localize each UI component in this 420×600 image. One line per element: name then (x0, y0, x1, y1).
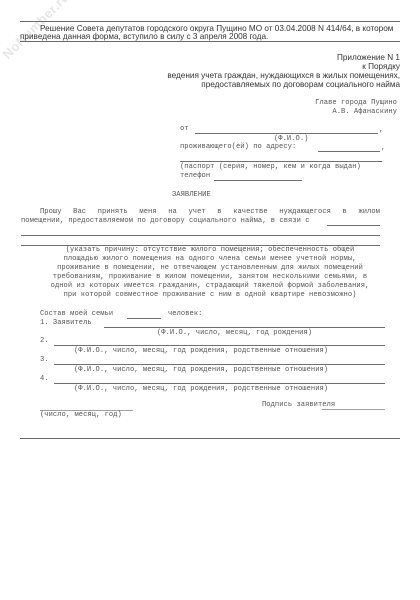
reason-hint-2: площадью жилого помещения на одного член… (0, 255, 420, 263)
word: нуждающегося (279, 208, 331, 216)
word: Прошу (40, 208, 62, 216)
notice-line-2: приведена данная форма, вступило в силу … (20, 32, 268, 41)
address-label: проживающего(ей) по адресу: (180, 143, 296, 151)
address-comma: , (381, 144, 385, 152)
appendix-line-4: предоставляемых по договорам социального… (201, 80, 400, 89)
word: Вас (73, 208, 86, 216)
from-field[interactable] (195, 133, 378, 134)
member-3-hint: (Ф.И.О., число, месяц, год рождения, род… (74, 366, 328, 374)
reason-field-inline[interactable] (327, 225, 380, 226)
reason-hint-6: при которой совместное проживание с ним … (0, 291, 420, 299)
member-1-hint: (Ф.И.О., число, месяц, год рождения) (157, 329, 312, 337)
address-field[interactable] (318, 151, 380, 152)
word: качестве (233, 208, 267, 216)
request-line-2: помещении, предоставляемом по договору с… (21, 217, 310, 225)
member-4-hint: (Ф.И.О., число, месяц, год рождения, род… (74, 385, 328, 393)
member-1-label: 1. Заявитель (40, 319, 92, 327)
bottom-rule (20, 438, 400, 439)
member-4-label: 4. (40, 375, 49, 383)
word: жилом (358, 208, 380, 216)
addressee-line-2: А.В. Афанаскину (332, 108, 397, 116)
family-label: Состав моей семьи (40, 310, 113, 318)
notice-top-rule (20, 21, 400, 22)
word: в (343, 208, 347, 216)
passport-hint: (паспорт (серия, номер, кем и когда выда… (180, 163, 361, 171)
appendix-line-2: к Порядку (362, 62, 400, 71)
appendix-line-3: ведения учета граждан, нуждающихся в жил… (167, 71, 400, 80)
request-line-1: Прошу Вас принять меня на учет в качеств… (40, 208, 380, 216)
from-comma: , (379, 126, 383, 134)
word: на (168, 208, 177, 216)
reason-hint-1: (указать причину: отсутствие жилого поме… (0, 246, 420, 254)
signature-label: Подпись заявителя (262, 401, 335, 409)
member-2-hint: (Ф.И.О., число, месяц, год рождения, род… (74, 347, 328, 355)
reason-hint-5: одной из которых имеется гражданин, стра… (0, 282, 420, 290)
member-3-label: 3. (40, 356, 49, 364)
phone-label: телефон (180, 172, 210, 180)
phone-field[interactable] (214, 180, 302, 181)
addressee-line-1: Главе города Пущино (315, 99, 397, 107)
fio-hint: (Ф.И.О.) (274, 135, 308, 143)
word: меня (139, 208, 156, 216)
reason-field-line-2[interactable] (21, 235, 380, 236)
member-4-field[interactable] (54, 383, 385, 384)
word: учет (188, 208, 205, 216)
word: принять (98, 208, 128, 216)
document-title: ЗАЯВЛЕНИЕ (172, 191, 211, 199)
appendix-line-1: Приложение N 1 (337, 53, 400, 62)
family-label-after: человек: (168, 310, 202, 318)
family-count-field[interactable] (127, 318, 161, 319)
reason-hint-3: проживание в помещении, не отвечающем ус… (0, 264, 420, 272)
from-label: от (180, 125, 189, 133)
member-2-label: 2. (40, 337, 49, 345)
signature-field[interactable] (322, 409, 385, 410)
reason-hint-4: требованиям, проживание в жилом помещени… (0, 273, 420, 281)
notice-bottom-rule (20, 41, 400, 42)
passport-field[interactable] (180, 161, 382, 162)
member-1-field[interactable] (104, 327, 385, 328)
word: в (217, 208, 221, 216)
date-hint: (число, месяц, год) (40, 411, 122, 419)
member-3-field[interactable] (54, 364, 385, 365)
member-2-field[interactable] (54, 345, 385, 346)
